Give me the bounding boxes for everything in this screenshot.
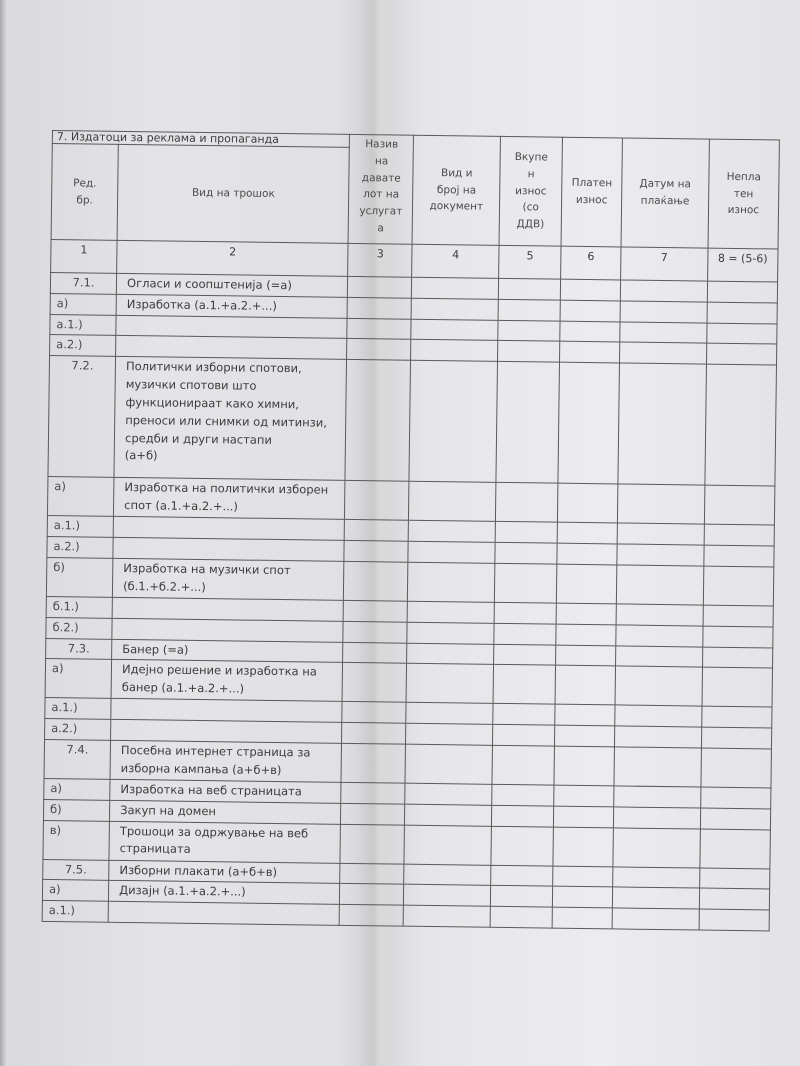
cell-paid-amount[interactable]	[558, 483, 618, 523]
cell-unpaid-amount[interactable]	[701, 748, 772, 788]
cell-unpaid-amount[interactable]	[700, 808, 771, 830]
row-code: 7.5.	[43, 859, 109, 881]
cell-total-amount[interactable]	[498, 341, 560, 363]
row-description	[108, 901, 340, 925]
cell-provider-name[interactable]	[344, 540, 408, 562]
cell-provider-name[interactable]	[341, 803, 405, 825]
cell-document-type[interactable]	[407, 622, 494, 644]
cell-total-amount[interactable]	[496, 362, 560, 484]
cell-unpaid-amount[interactable]	[705, 364, 777, 486]
expense-form-sheet: 7. Издатоци за реклама и пропаганда Нази…	[42, 130, 780, 931]
cell-provider-name[interactable]	[343, 642, 407, 664]
header-payment-date: Датум на плаќање	[621, 138, 709, 248]
cell-payment-date[interactable]	[617, 544, 704, 566]
cell-document-type[interactable]	[404, 905, 491, 927]
row-code: а.1.)	[45, 698, 111, 720]
cell-paid-amount[interactable]	[557, 543, 617, 565]
cell-document-type[interactable]	[406, 664, 493, 704]
row-description: Изработка на политички изборен спот (а.1…	[114, 478, 346, 520]
cell-paid-amount[interactable]	[560, 342, 620, 364]
row-code: а)	[45, 659, 112, 699]
row-description	[113, 537, 345, 561]
table-body: 7.1.Огласи и соопштенија (=а)а)Изработка…	[42, 272, 777, 930]
row-description: Идејно решение и изработка на банер (а.1…	[111, 660, 343, 702]
cell-provider-name[interactable]	[340, 824, 405, 864]
cell-unpaid-amount[interactable]	[706, 344, 777, 366]
cell-payment-date[interactable]	[620, 322, 707, 344]
row-description: Трошоци за одржување на веб страницата	[109, 821, 341, 863]
cell-total-amount[interactable]	[494, 623, 556, 645]
cell-paid-amount[interactable]	[560, 300, 620, 322]
cell-paid-amount[interactable]	[552, 907, 612, 929]
cell-unpaid-amount[interactable]	[699, 888, 770, 910]
cell-document-type[interactable]	[405, 744, 492, 784]
header-paid-amount: Платен износ	[561, 137, 622, 247]
cell-payment-date[interactable]	[612, 887, 699, 909]
row-description: Банер (=а)	[112, 639, 344, 663]
cell-document-type[interactable]	[407, 643, 494, 665]
header-document-type: Вид и број на документ	[412, 135, 500, 245]
cell-document-type[interactable]	[411, 319, 498, 341]
cell-provider-name[interactable]	[345, 520, 409, 542]
col-number-8: 8 = (5-6)	[707, 248, 778, 282]
table-row: 7.2.Политички изборни спотови, музички с…	[48, 356, 777, 487]
cell-payment-date[interactable]	[613, 866, 700, 888]
cell-provider-name[interactable]	[341, 782, 405, 804]
cell-payment-date[interactable]	[618, 363, 706, 485]
cell-unpaid-amount[interactable]	[700, 787, 771, 809]
cell-payment-date[interactable]	[617, 523, 704, 545]
cell-payment-date[interactable]	[616, 645, 703, 667]
row-code: а)	[42, 880, 108, 902]
cell-total-amount[interactable]	[490, 906, 552, 928]
cell-document-type[interactable]	[412, 277, 499, 299]
cell-payment-date[interactable]	[613, 827, 700, 867]
cell-total-amount[interactable]	[492, 745, 554, 785]
cell-total-amount[interactable]	[494, 644, 556, 666]
cell-paid-amount[interactable]	[560, 279, 620, 301]
cell-unpaid-amount[interactable]	[700, 829, 771, 869]
cell-total-amount[interactable]	[495, 542, 557, 564]
row-description	[112, 618, 344, 642]
row-code: 7.3.	[46, 638, 112, 660]
cell-provider-name[interactable]	[340, 884, 404, 906]
cell-paid-amount[interactable]	[556, 624, 616, 646]
cell-provider-name[interactable]	[347, 297, 411, 319]
row-description: Дизајн (а.1.+а.2.+...)	[108, 881, 340, 905]
cell-total-amount[interactable]	[493, 724, 555, 746]
cell-total-amount[interactable]	[498, 299, 560, 321]
cell-payment-date[interactable]	[620, 301, 707, 323]
cell-total-amount[interactable]	[496, 483, 558, 523]
cell-payment-date[interactable]	[615, 666, 702, 706]
col-number-4: 4	[412, 244, 499, 278]
cell-payment-date[interactable]	[616, 565, 703, 605]
cell-unpaid-amount[interactable]	[702, 647, 773, 669]
row-code: а.2.)	[50, 335, 116, 357]
cell-unpaid-amount[interactable]	[701, 706, 772, 728]
cell-document-type[interactable]	[405, 804, 492, 826]
cell-payment-date[interactable]	[614, 726, 701, 748]
cell-provider-name[interactable]	[348, 276, 412, 298]
cell-document-type[interactable]	[404, 864, 491, 886]
cell-document-type[interactable]	[406, 723, 493, 745]
row-code: б.2.)	[46, 617, 112, 639]
row-code: б)	[46, 557, 113, 597]
cell-provider-name[interactable]	[345, 481, 410, 521]
row-code: а)	[47, 477, 114, 517]
col-number-5: 5	[499, 245, 561, 279]
cell-document-type[interactable]	[404, 825, 491, 865]
cell-total-amount[interactable]	[494, 602, 556, 624]
row-code: 7.2.	[48, 356, 116, 478]
row-code: а)	[44, 778, 110, 800]
cell-unpaid-amount[interactable]	[706, 323, 777, 345]
cell-document-type[interactable]	[409, 481, 496, 521]
col-number-2: 2	[117, 240, 349, 276]
cell-unpaid-amount[interactable]	[699, 909, 770, 931]
cell-unpaid-amount[interactable]	[707, 281, 778, 303]
cell-document-type[interactable]	[406, 703, 493, 725]
row-description: Посебна интернет страница за изборна кам…	[110, 740, 342, 782]
cell-total-amount[interactable]	[498, 278, 560, 300]
cell-paid-amount[interactable]	[556, 603, 616, 625]
row-description: Политички изборни спотови, музички спото…	[114, 357, 347, 481]
row-code: а.1.)	[50, 314, 116, 336]
header-row-number: Ред. бр.	[51, 144, 118, 241]
row-description	[113, 517, 345, 541]
cell-payment-date[interactable]	[616, 625, 703, 647]
cell-unpaid-amount[interactable]	[704, 524, 775, 546]
cell-payment-date[interactable]	[615, 705, 702, 727]
row-code: а.2.)	[47, 537, 113, 559]
cell-document-type[interactable]	[408, 541, 495, 563]
cell-provider-name[interactable]	[341, 743, 406, 783]
cell-total-amount[interactable]	[491, 826, 553, 866]
advertising-expenses-table: 7. Издатоци за реклама и пропаганда Нази…	[42, 130, 780, 931]
cell-unpaid-amount[interactable]	[699, 868, 770, 890]
cell-document-type[interactable]	[411, 298, 498, 320]
row-description: Закуп на домен	[110, 800, 342, 824]
row-description	[112, 597, 344, 621]
row-description: Изработка (а.1.+а.2.+...)	[116, 294, 348, 318]
cell-provider-name[interactable]	[345, 360, 411, 482]
row-code: б)	[43, 799, 109, 821]
cell-document-type[interactable]	[405, 783, 492, 805]
cell-paid-amount[interactable]	[553, 866, 613, 888]
cell-payment-date[interactable]	[614, 786, 701, 808]
cell-payment-date[interactable]	[617, 484, 704, 524]
cell-paid-amount[interactable]	[554, 806, 614, 828]
cell-payment-date[interactable]	[619, 342, 706, 364]
row-description	[111, 699, 343, 723]
row-code: а)	[50, 293, 116, 315]
row-description: Изборни плакати (а+б+в)	[109, 860, 341, 884]
cell-provider-name[interactable]	[344, 600, 408, 622]
cell-total-amount[interactable]	[491, 865, 553, 887]
cell-provider-name[interactable]	[340, 905, 404, 927]
row-description: Изработка на музички спот (б.1.+б.2.+...…	[112, 558, 344, 600]
cell-paid-amount[interactable]	[557, 522, 617, 544]
cell-paid-amount[interactable]	[555, 725, 615, 747]
cell-payment-date[interactable]	[620, 280, 707, 302]
cell-total-amount[interactable]	[495, 563, 557, 603]
cell-paid-amount[interactable]	[558, 362, 619, 484]
cell-total-amount[interactable]	[498, 320, 560, 342]
cell-provider-name[interactable]	[343, 621, 407, 643]
row-code: а.1.)	[42, 901, 108, 923]
cell-unpaid-amount[interactable]	[704, 485, 775, 525]
cell-document-type[interactable]	[411, 340, 498, 362]
cell-unpaid-amount[interactable]	[707, 302, 778, 324]
cell-payment-date[interactable]	[616, 604, 703, 626]
cell-unpaid-amount[interactable]	[703, 605, 774, 627]
row-description	[116, 336, 348, 360]
cell-total-amount[interactable]	[492, 784, 554, 806]
cell-paid-amount[interactable]	[554, 785, 614, 807]
col-number-1: 1	[51, 239, 118, 273]
cell-paid-amount[interactable]	[554, 746, 614, 786]
row-code: 7.4.	[44, 739, 111, 779]
cell-paid-amount[interactable]	[556, 564, 616, 604]
cell-unpaid-amount[interactable]	[703, 566, 774, 606]
cell-provider-name[interactable]	[340, 863, 404, 885]
row-description: Изработка на веб страницата	[110, 779, 342, 803]
cell-document-type[interactable]	[409, 360, 497, 482]
cell-document-type[interactable]	[409, 520, 496, 542]
cell-unpaid-amount[interactable]	[701, 727, 772, 749]
cell-payment-date[interactable]	[613, 807, 700, 829]
col-number-3: 3	[348, 243, 412, 277]
row-code: а.2.)	[45, 719, 111, 741]
col-number-7: 7	[621, 247, 708, 281]
cell-paid-amount[interactable]	[555, 704, 615, 726]
cell-total-amount[interactable]	[492, 805, 554, 827]
page-edge	[0, 0, 6, 1066]
cell-total-amount[interactable]	[495, 522, 557, 544]
cell-unpaid-amount[interactable]	[702, 667, 773, 707]
cell-total-amount[interactable]	[493, 665, 555, 705]
header-expense-type: Вид на трошок	[117, 144, 350, 243]
cell-payment-date[interactable]	[614, 747, 701, 787]
cell-total-amount[interactable]	[491, 886, 553, 908]
cell-payment-date[interactable]	[612, 908, 699, 930]
cell-provider-name[interactable]	[347, 339, 411, 361]
cell-paid-amount[interactable]	[556, 645, 616, 667]
col-number-6: 6	[561, 246, 621, 280]
row-description	[111, 719, 343, 743]
cell-provider-name[interactable]	[344, 561, 409, 601]
cell-document-type[interactable]	[404, 885, 491, 907]
row-description	[116, 315, 348, 339]
cell-provider-name[interactable]	[342, 663, 407, 703]
cell-total-amount[interactable]	[493, 704, 555, 726]
cell-paid-amount[interactable]	[555, 665, 615, 705]
cell-paid-amount[interactable]	[552, 886, 612, 908]
cell-provider-name[interactable]	[347, 318, 411, 340]
cell-provider-name[interactable]	[342, 722, 406, 744]
cell-document-type[interactable]	[408, 562, 495, 602]
header-total-amount: Вкупе н износ (со ДДВ)	[499, 136, 562, 246]
row-code: в)	[43, 820, 110, 860]
header-unpaid-amount: Непла тен износ	[708, 139, 780, 249]
header-provider-name: Назив на давате лот на услугат а	[348, 134, 413, 244]
cell-provider-name[interactable]	[342, 702, 406, 724]
row-description: Огласи и соопштенија (=а)	[116, 273, 348, 297]
cell-paid-amount[interactable]	[560, 321, 620, 343]
row-code: б.1.)	[46, 596, 112, 618]
cell-document-type[interactable]	[408, 601, 495, 623]
cell-unpaid-amount[interactable]	[704, 545, 775, 567]
row-code: а.1.)	[47, 516, 113, 538]
row-code: 7.1.	[50, 272, 116, 294]
cell-unpaid-amount[interactable]	[703, 626, 774, 648]
cell-paid-amount[interactable]	[553, 827, 613, 867]
